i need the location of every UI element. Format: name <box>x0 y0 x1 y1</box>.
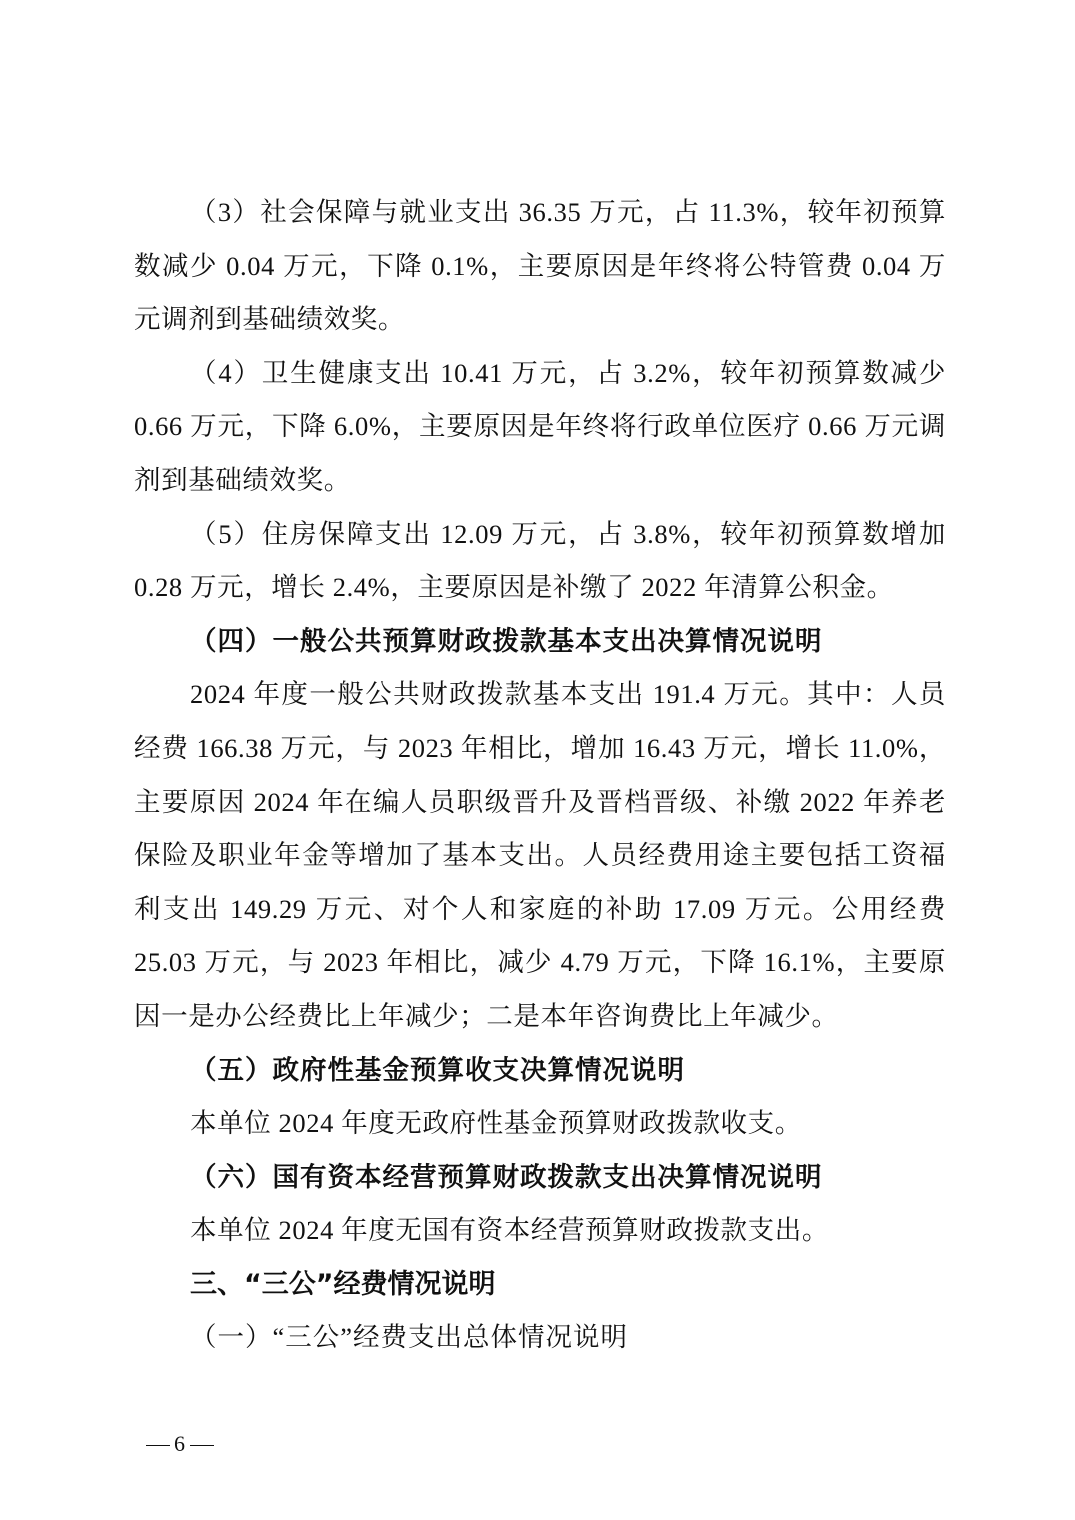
paragraph-state-capital: 本单位 2024 年度无国有资本经营预算财政拨款支出。 <box>134 1204 946 1258</box>
paragraph-health-expenditure: （4）卫生健康支出 10.41 万元，占 3.2%，较年初预算数减少 0.66 … <box>134 347 946 508</box>
section-heading-basic-expenditure: （四）一般公共预算财政拨款基本支出决算情况说明 <box>134 615 946 669</box>
paragraph-gov-fund: 本单位 2024 年度无政府性基金预算财政拨款收支。 <box>134 1097 946 1151</box>
paragraph-social-security-expenditure: （3）社会保障与就业支出 36.35 万元，占 11.3%，较年初预算数减少 0… <box>134 186 946 347</box>
paragraph-housing-expenditure: （5）住房保障支出 12.09 万元，占 3.8%，较年初预算数增加 0.28 … <box>134 508 946 615</box>
section-heading-gov-fund: （五）政府性基金预算收支决算情况说明 <box>134 1044 946 1098</box>
paragraph-basic-expenditure: 2024 年度一般公共财政拨款基本支出 191.4 万元。其中：人员经费 166… <box>134 668 946 1043</box>
page-number: 6 <box>174 1431 186 1456</box>
section-heading-state-capital: （六）国有资本经营预算财政拨款支出决算情况说明 <box>134 1151 946 1205</box>
page-footer: 6 <box>142 1432 218 1456</box>
footer-dash-right <box>190 1445 214 1446</box>
document-page: （3）社会保障与就业支出 36.35 万元，占 11.3%，较年初预算数减少 0… <box>134 186 946 1365</box>
section-heading-three-public-overview: （一）“三公”经费支出总体情况说明 <box>134 1311 946 1365</box>
footer-dash-left <box>146 1445 170 1446</box>
chapter-heading-three-public-expenses: 三、“三公”经费情况说明 <box>134 1258 946 1312</box>
